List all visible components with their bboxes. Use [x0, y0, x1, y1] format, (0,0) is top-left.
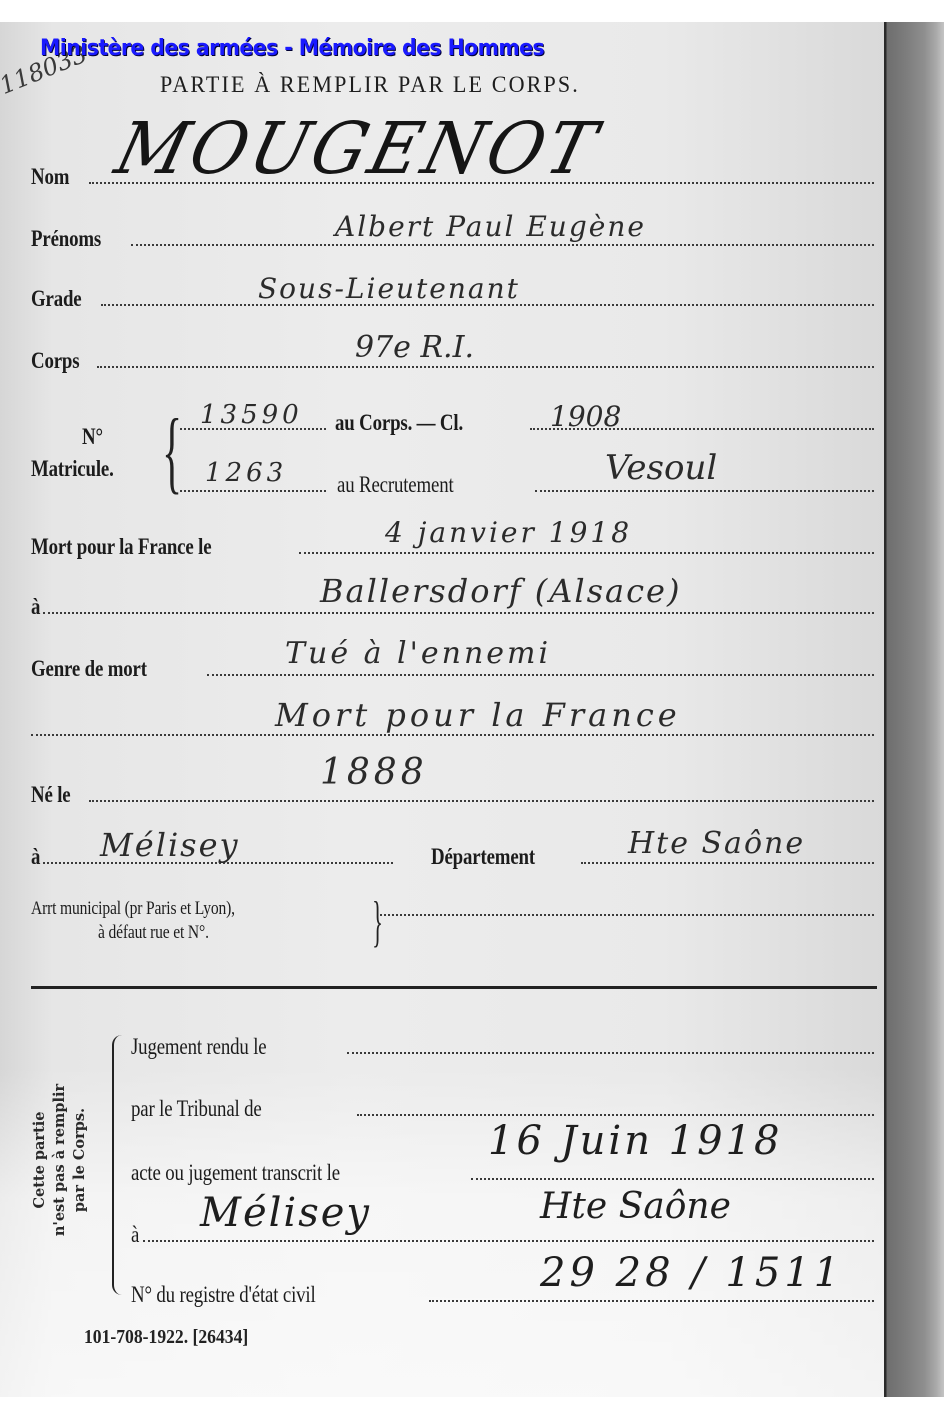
dotted-line — [357, 1114, 874, 1116]
field-value-genre-de-mort: Tué à l'ennemi — [285, 636, 551, 671]
dotted-line — [180, 490, 326, 492]
field-value-departement: Hte Saône — [628, 826, 805, 861]
field-value-matricule-corps: 13590 — [200, 400, 303, 430]
form-header-title: PARTIE À REMPLIR PAR LE CORPS. — [160, 72, 580, 98]
field-value-mort-le: 4 janvier 1918 — [385, 516, 632, 549]
dotted-line — [581, 862, 874, 864]
field-label: Prénoms — [31, 226, 101, 252]
field-value-prenoms: Albert Paul Eugène — [335, 210, 646, 243]
dotted-line — [380, 914, 874, 916]
side-note-not-for-corps: Cette partie n'est pas à remplir par le … — [30, 1060, 90, 1260]
field-value-recrutement-place: Vesoul — [605, 448, 717, 488]
field-label: Département — [431, 844, 535, 870]
field-label: à — [31, 594, 40, 620]
field-label: Né le — [31, 782, 71, 808]
field-label: à — [31, 844, 40, 870]
dotted-line — [207, 674, 874, 676]
field-value-classe: 1908 — [550, 400, 621, 433]
watermark-source: Ministère des armées - Mémoire des Homme… — [40, 36, 544, 61]
field-label: acte ou jugement transcrit le — [131, 1160, 340, 1186]
side-note-line: par le Corps. — [70, 1060, 90, 1260]
dotted-line — [535, 490, 874, 492]
dotted-line — [89, 800, 874, 802]
field-value-ne-a: Mélisey — [100, 826, 240, 864]
field-value-corps: 97e R.I. — [355, 330, 474, 365]
side-note-line: Cette partie — [30, 1060, 50, 1260]
field-value-transcrit-dept: Hte Saône — [540, 1186, 731, 1227]
dotted-line — [43, 612, 874, 614]
field-value-grade: Sous-Lieutenant — [258, 272, 520, 305]
card-edge-shadow — [884, 22, 944, 1397]
field-value-nom: MOUGENOT — [108, 108, 608, 191]
field-jugement-rendu: Jugement rendu le — [131, 1020, 874, 1060]
field-label: au Recrutement — [337, 472, 454, 498]
side-bracket — [112, 1035, 124, 1295]
field-value-genre-de-mort-line2: Mort pour la France — [275, 696, 681, 734]
field-label: Mort pour la France le — [31, 534, 211, 560]
side-note-line: n'est pas à remplir — [50, 1060, 70, 1260]
field-label: Nom — [31, 164, 69, 190]
field-value-registre: 29 28 / 1511 — [540, 1250, 843, 1296]
dotted-line — [299, 552, 874, 554]
dotted-line — [97, 366, 874, 368]
dotted-line — [31, 734, 874, 736]
field-label: Genre de mort — [31, 656, 147, 682]
form-print-reference: 101-708-1922. [26434] — [84, 1326, 248, 1349]
field-label: à — [131, 1222, 139, 1248]
field-label: N° du registre d'état civil — [131, 1282, 316, 1308]
field-tribunal: par le Tribunal de — [131, 1082, 874, 1122]
field-value-ne-le: 1888 — [320, 752, 428, 793]
field-label: Jugement rendu le — [131, 1034, 266, 1060]
dotted-line — [347, 1052, 874, 1054]
field-arrondissement — [380, 882, 874, 922]
field-value-matricule-recrutement: 1263 — [205, 458, 287, 488]
section-divider — [31, 986, 877, 989]
dotted-line — [131, 244, 874, 246]
field-label: Grade — [31, 286, 82, 312]
dotted-line — [429, 1300, 874, 1302]
field-value-mort-a: Ballersdorf (Alsace) — [320, 572, 681, 610]
field-label: Corps — [31, 348, 79, 374]
field-value-transcrit: 16 Juin 1918 — [488, 1118, 782, 1164]
field-value-transcrit-a: Mélisey — [200, 1190, 371, 1236]
dotted-line — [143, 1240, 874, 1242]
field-label: par le Tribunal de — [131, 1096, 262, 1122]
dotted-line — [471, 1178, 874, 1180]
field-label: au Corps. — Cl. — [335, 410, 463, 436]
field-ne-le: Né le — [31, 768, 874, 808]
